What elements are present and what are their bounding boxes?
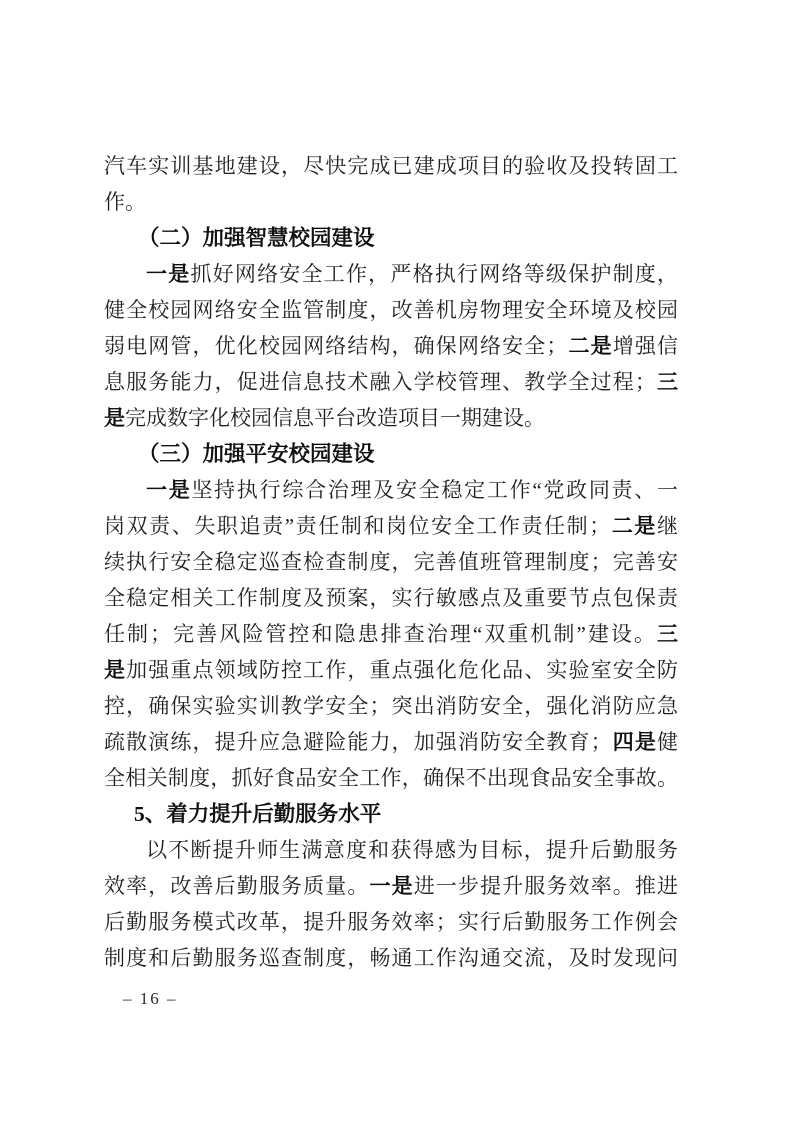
text-line: 是加强重点领域防控工作，重点强化危化品、实验室安全防 xyxy=(104,652,678,688)
bold-text-run: 一是 xyxy=(369,874,413,898)
bold-text-run: 三 xyxy=(656,370,678,394)
text-line: 效率，改善后勤服务质量。一是进一步提升服务效率。推进 xyxy=(104,868,678,904)
text-run: 后勤服务模式改革，提升服务效率；实行后勤服务工作例会 xyxy=(104,910,678,934)
text-run: 全稳定相关工作制度及预案，实行敏感点及重要节点包保责 xyxy=(104,586,678,610)
text-line: 息服务能力，促进信息技术融入学校管理、教学全过程；三 xyxy=(104,364,678,400)
text-line: 健全校园网络安全监管制度，改善机房物理安全环境及校园 xyxy=(104,292,678,328)
text-line: 一是抓好网络安全工作，严格执行网络等级保护制度， xyxy=(104,256,678,292)
document-body: 汽车实训基地建设，尽快完成已建成项目的验收及投转固工作。（二）加强智慧校园建设一… xyxy=(104,148,678,976)
text-line: 全稳定相关工作制度及预案，实行敏感点及重要节点包保责 xyxy=(104,580,678,616)
text-line: 岗双责、失职追责”责任制和岗位安全工作责任制；二是继 xyxy=(104,508,678,544)
text-run: 加强重点领域防控工作，重点强化危化品、实验室安全防 xyxy=(126,658,678,682)
bold-text-run: （三）加强平安校园建设 xyxy=(138,442,375,466)
text-run: 全相关制度，抓好食品安全工作，确保不出现食品安全事故。 xyxy=(104,766,678,790)
text-run: 弱电网管，优化校园网络结构，确保网络安全； xyxy=(104,334,567,358)
text-line: 控，确保实验实训教学安全；突出消防安全，强化消防应急 xyxy=(104,688,678,724)
bold-text-run: 三 xyxy=(657,622,678,646)
bold-text-run: 是 xyxy=(104,406,125,430)
bold-text-run: 四是 xyxy=(612,730,657,754)
text-run: 健全校园网络安全监管制度，改善机房物理安全环境及校园 xyxy=(104,298,678,322)
text-line: 作。 xyxy=(104,184,678,220)
text-run: 继 xyxy=(657,514,678,538)
text-run: 效率，改善后勤服务质量。 xyxy=(104,874,369,898)
text-run: 增强信 xyxy=(613,334,678,358)
heading-line: （二）加强智慧校园建设 xyxy=(104,220,678,256)
text-run: 任制；完善风险管控和隐患排查治理“双重机制”建设。 xyxy=(104,622,657,646)
text-line: 一是坚持执行综合治理及安全稳定工作“党政同责、一 xyxy=(104,472,678,508)
text-line: 制度和后勤服务巡查制度，畅通工作沟通交流，及时发现问 xyxy=(104,940,678,976)
text-run: 作。 xyxy=(104,190,146,214)
text-line: 弱电网管，优化校园网络结构，确保网络安全；二是增强信 xyxy=(104,328,678,364)
text-line: 全相关制度，抓好食品安全工作，确保不出现食品安全事故。 xyxy=(104,760,678,796)
heading-line: 5、着力提升后勤服务水平 xyxy=(104,796,678,832)
text-line: 疏散演练，提升应急避险能力，加强消防安全教育；四是健 xyxy=(104,724,678,760)
text-run: 汽车实训基地建设，尽快完成已建成项目的验收及投转固工 xyxy=(104,154,678,178)
heading-line: （三）加强平安校园建设 xyxy=(104,436,678,472)
text-line: 后勤服务模式改革，提升服务效率；实行后勤服务工作例会 xyxy=(104,904,678,940)
text-run: 疏散演练，提升应急避险能力，加强消防安全教育； xyxy=(104,730,612,754)
text-line: 续执行安全稳定巡查检查制度，完善值班管理制度；完善安 xyxy=(104,544,678,580)
bold-text-run: 5、着力提升后勤服务水平 xyxy=(134,802,381,826)
text-line: 以不断提升师生满意度和获得感为目标，提升后勤服务 xyxy=(104,832,678,868)
text-run: 以不断提升师生满意度和获得感为目标，提升后勤服务 xyxy=(146,838,678,862)
text-run: 控，确保实验实训教学安全；突出消防安全，强化消防应急 xyxy=(104,694,678,718)
text-run: 抓好网络安全工作，严格执行网络等级保护制度， xyxy=(190,262,678,286)
text-run: 健 xyxy=(657,730,678,754)
text-run: 续执行安全稳定巡查检查制度，完善值班管理制度；完善安 xyxy=(104,550,678,574)
text-run: 完成数字化校园信息平台改造项目一期建设。 xyxy=(125,406,545,430)
page-number: – 16 – xyxy=(123,988,178,1010)
bold-text-run: 是 xyxy=(104,658,126,682)
bold-text-run: 一是 xyxy=(146,262,190,286)
bold-text-run: 一是 xyxy=(146,478,191,502)
text-line: 任制；完善风险管控和隐患排查治理“双重机制”建设。三 xyxy=(104,616,678,652)
bold-text-run: 二是 xyxy=(610,514,657,538)
text-line: 是完成数字化校园信息平台改造项目一期建设。 xyxy=(104,400,678,436)
text-run: 进一步提升服务效率。推进 xyxy=(414,874,678,898)
bold-text-run: 二是 xyxy=(567,334,612,358)
text-line: 汽车实训基地建设，尽快完成已建成项目的验收及投转固工 xyxy=(104,148,678,184)
text-run: 坚持执行综合治理及安全稳定工作“党政同责、一 xyxy=(191,478,678,502)
text-run: 岗双责、失职追责”责任制和岗位安全工作责任制； xyxy=(104,514,610,538)
document-page: 汽车实训基地建设，尽快完成已建成项目的验收及投转固工作。（二）加强智慧校园建设一… xyxy=(0,0,793,1122)
text-run: 制度和后勤服务巡查制度，畅通工作沟通交流，及时发现问 xyxy=(104,946,678,970)
bold-text-run: （二）加强智慧校园建设 xyxy=(138,226,375,250)
text-run: 息服务能力，促进信息技术融入学校管理、教学全过程； xyxy=(104,370,656,394)
